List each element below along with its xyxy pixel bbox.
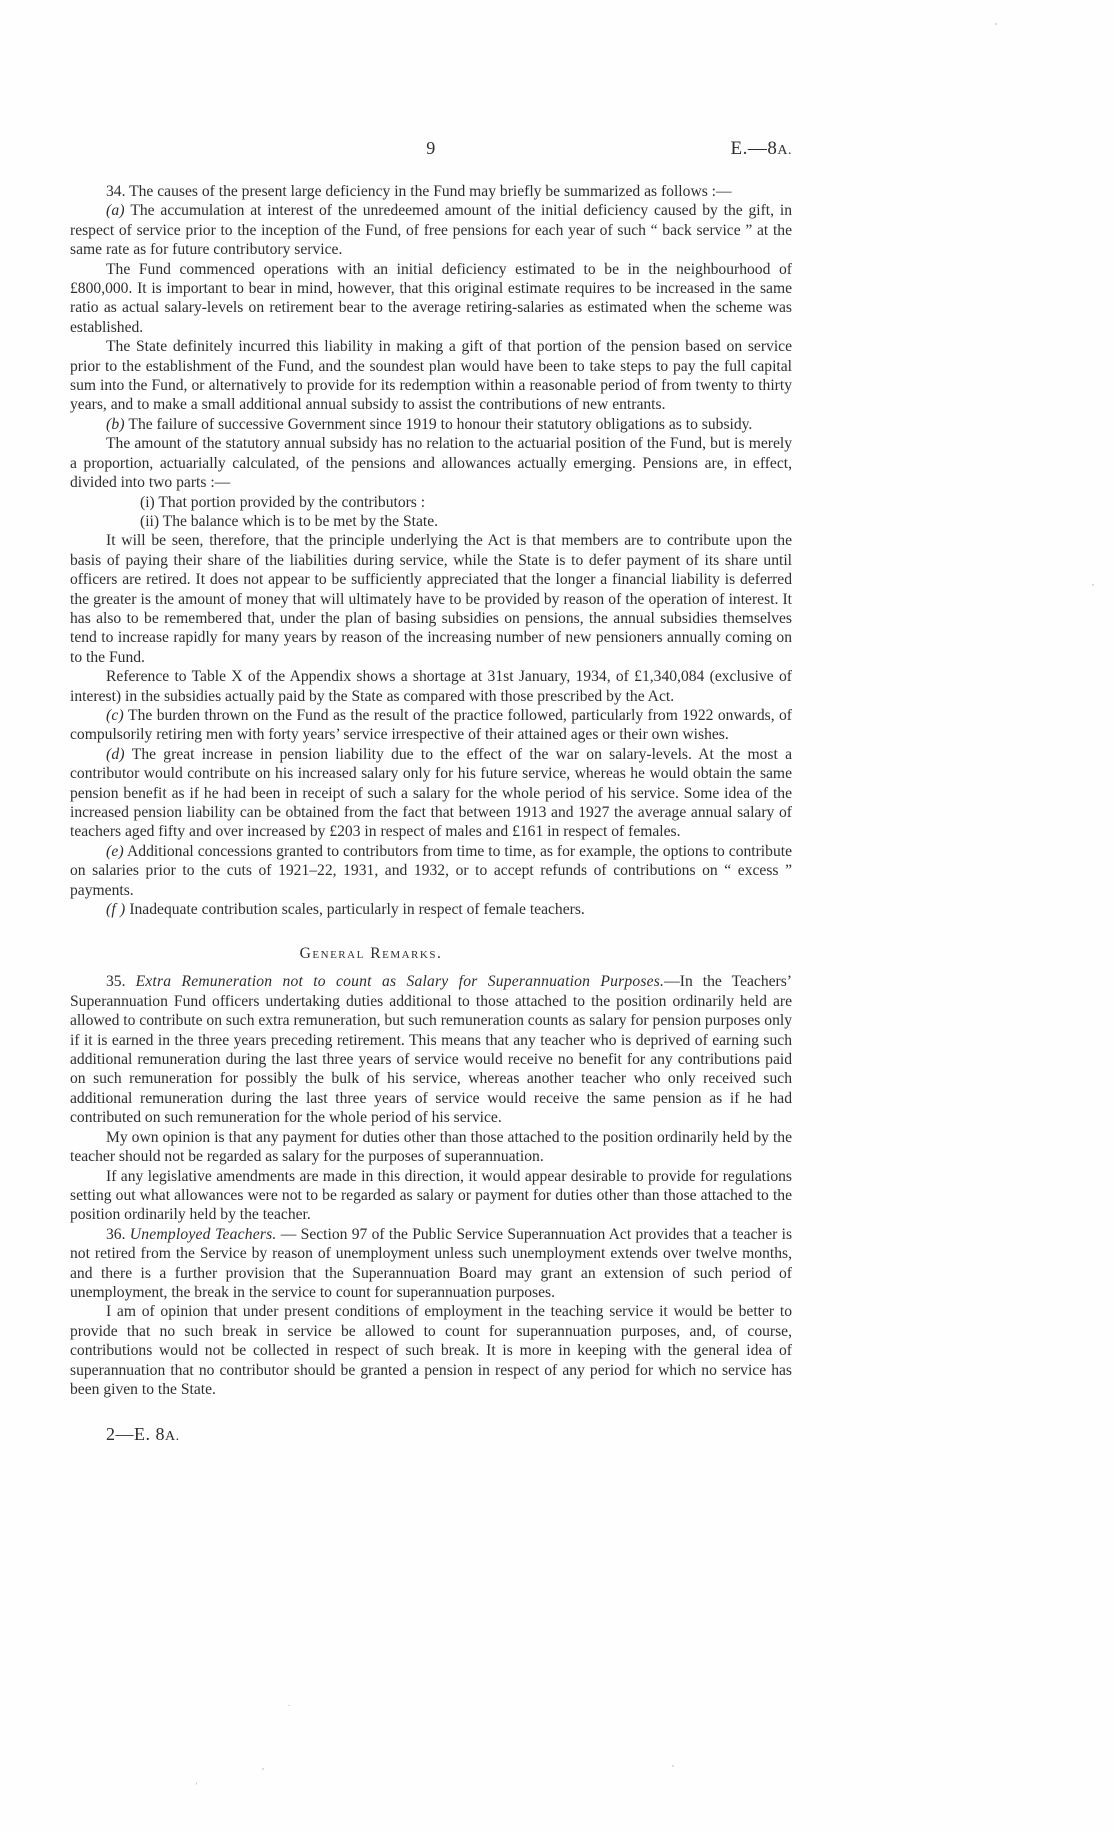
paragraph-text: The State definitely incurred this liabi… bbox=[70, 338, 792, 413]
paragraph-text: The failure of successive Government sin… bbox=[125, 416, 753, 433]
printer-signature-smallcap: A. bbox=[165, 1429, 180, 1444]
paragraph-text: The accumulation at interest of the unre… bbox=[70, 202, 792, 258]
paragraph-text: The great increase in pension liability … bbox=[70, 746, 792, 841]
paragraph-text: Reference to Table X of the Appendix sho… bbox=[70, 668, 792, 704]
paragraph: If any legislative amendments are made i… bbox=[70, 1167, 792, 1225]
paragraph-text: (i) That portion provided by the contrib… bbox=[140, 494, 425, 511]
paragraph-lead-italic: (f ) bbox=[106, 901, 125, 918]
section-heading: General Remarks. bbox=[70, 945, 672, 963]
paragraph: (a) The accumulation at interest of the … bbox=[70, 201, 792, 259]
paragraph-number: 35. bbox=[106, 973, 136, 990]
paragraph: (d) The great increase in pension liabil… bbox=[70, 745, 792, 842]
paragraph: 36. Unemployed Teachers. — Section 97 of… bbox=[70, 1225, 792, 1303]
paragraph-text: 34. The causes of the present large defi… bbox=[106, 183, 732, 200]
paragraph-text: Inadequate contribution scales, particul… bbox=[125, 901, 584, 918]
document-reference: E.—8A. bbox=[731, 138, 792, 160]
document-body: 34. The causes of the present large defi… bbox=[70, 182, 792, 1399]
paragraph: (e) Additional concessions granted to co… bbox=[70, 842, 792, 900]
paragraph-number: 36. bbox=[106, 1226, 130, 1243]
paragraph-lead-italic: (e) bbox=[106, 843, 124, 860]
paragraph-lead-italic: (c) bbox=[106, 707, 124, 724]
paragraph-text: If any legislative amendments are made i… bbox=[70, 1168, 792, 1224]
scan-speck bbox=[1092, 584, 1094, 586]
scan-speck bbox=[262, 1768, 264, 1770]
scan-speck bbox=[288, 1705, 290, 1706]
paragraph-text: My own opinion is that any payment for d… bbox=[70, 1129, 792, 1165]
paragraph: The State definitely incurred this liabi… bbox=[70, 337, 792, 415]
paragraph-text: Additional concessions granted to contri… bbox=[70, 843, 792, 899]
paragraph: The Fund commenced operations with an in… bbox=[70, 260, 792, 338]
paragraph: I am of opinion that under present condi… bbox=[70, 1302, 792, 1399]
paragraph-text: The burden thrown on the Fund as the res… bbox=[70, 707, 792, 743]
scan-speck bbox=[995, 23, 997, 25]
paragraph-lead-italic: (a) bbox=[106, 202, 125, 219]
text-column: 9 E.—8A. 34. The causes of the present l… bbox=[70, 138, 792, 1445]
page-header: 9 E.—8A. bbox=[70, 138, 792, 166]
page-number: 9 bbox=[70, 138, 792, 159]
document-reference-smallcap: A. bbox=[777, 143, 792, 158]
paragraph-text: The Fund commenced operations with an in… bbox=[70, 261, 792, 336]
list-item: (ii) The balance which is to be met by t… bbox=[140, 512, 792, 531]
paragraph-lead-italic: (d) bbox=[106, 746, 125, 763]
paragraph-text: —In the Teachers’ Superannuation Fund of… bbox=[70, 973, 792, 1126]
paragraph: It will be seen, therefore, that the pri… bbox=[70, 531, 792, 667]
paragraph: (b) The failure of successive Government… bbox=[70, 415, 792, 434]
scan-speck bbox=[196, 1782, 197, 1785]
paragraph-lead-italic: Extra Remuneration not to count as Salar… bbox=[136, 973, 665, 990]
printer-signature-main: 2—E. 8 bbox=[106, 1424, 165, 1444]
paragraph-lead-italic: (b) bbox=[106, 416, 125, 433]
scanned-document-page: 9 E.—8A. 34. The causes of the present l… bbox=[0, 0, 1114, 1832]
paragraph-text: I am of opinion that under present condi… bbox=[70, 1303, 792, 1398]
document-reference-main: E.—8 bbox=[731, 138, 778, 159]
paragraph-text: It will be seen, therefore, that the pri… bbox=[70, 532, 792, 665]
paragraph: The amount of the statutory annual subsi… bbox=[70, 434, 792, 492]
paragraph: (c) The burden thrown on the Fund as the… bbox=[70, 706, 792, 745]
paragraph-text: The amount of the statutory annual subsi… bbox=[70, 435, 792, 491]
paragraph: Reference to Table X of the Appendix sho… bbox=[70, 667, 792, 706]
paragraph-text: (ii) The balance which is to be met by t… bbox=[140, 513, 438, 530]
paragraph: 34. The causes of the present large defi… bbox=[70, 182, 792, 201]
paragraph-lead-italic: Unemployed Teachers. bbox=[130, 1226, 277, 1243]
paragraph: 35. Extra Remuneration not to count as S… bbox=[70, 972, 792, 1127]
scan-speck bbox=[672, 1765, 674, 1767]
paragraph: My own opinion is that any payment for d… bbox=[70, 1128, 792, 1167]
paragraph: (f ) Inadequate contribution scales, par… bbox=[70, 900, 792, 919]
list-item: (i) That portion provided by the contrib… bbox=[140, 493, 792, 512]
printer-signature: 2—E. 8A. bbox=[106, 1424, 792, 1445]
